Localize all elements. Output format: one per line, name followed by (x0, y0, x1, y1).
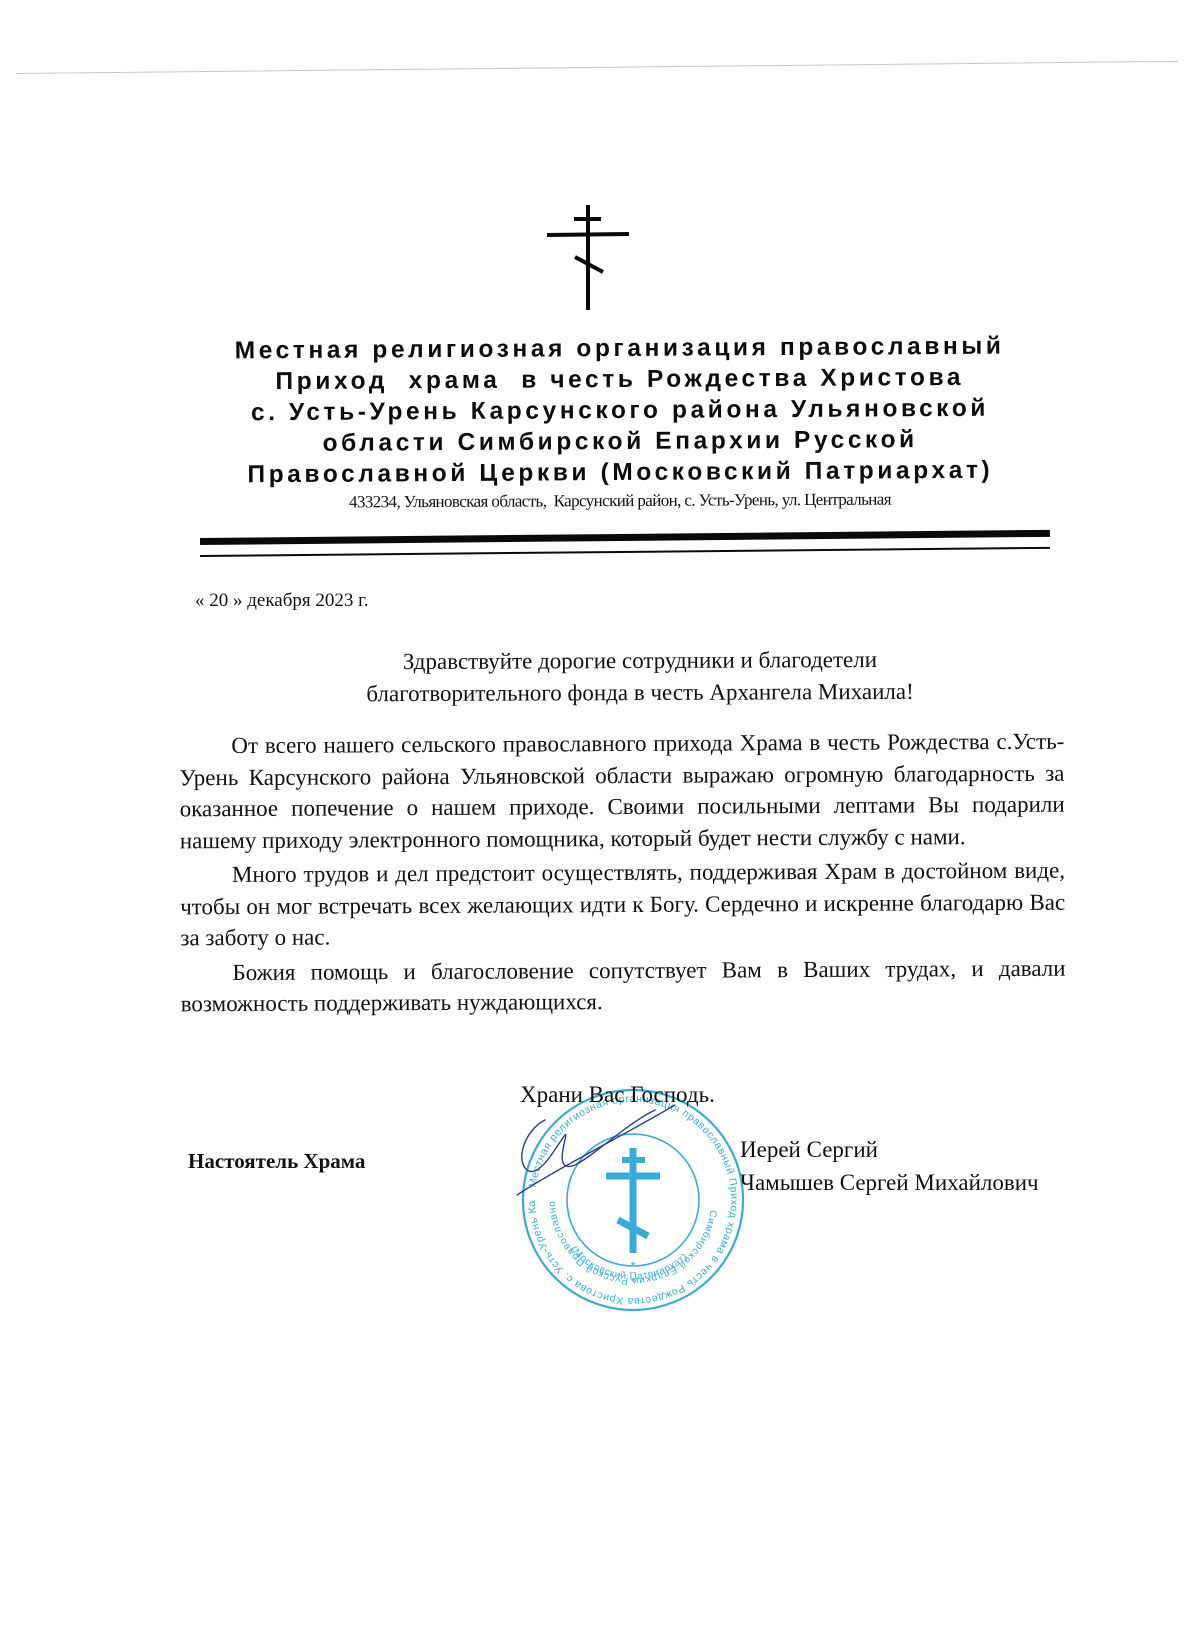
stamp-star: * (631, 1259, 636, 1273)
orthodox-cross-icon (543, 205, 633, 310)
greeting-line: благотворительного фонда в честь Арханге… (250, 675, 1030, 710)
stamp-star: * (631, 1275, 636, 1289)
header-line: с. Усть-Урень Карсунского района Ульянов… (140, 392, 1100, 429)
body-paragraph: От всего нашего сельского православного … (179, 726, 1065, 857)
body-paragraph: Божия помощь и благословение сопутствует… (180, 952, 1065, 1020)
letter-body: От всего нашего сельского православного … (179, 726, 1066, 1020)
signatory-name: Иерей Сергий Чамышев Сергей Михайлович (740, 1133, 1039, 1199)
letter-greeting: Здравствуйте дорогие сотрудники и благод… (250, 643, 1030, 710)
signatory-title: Настоятель Храма (188, 1149, 365, 1174)
handwritten-signature (505, 1100, 705, 1210)
closing-blessing: Храни Вас Господь. (520, 1082, 715, 1108)
header-divider-thick (200, 530, 1050, 545)
signatory-rank: Иерей Сергий (740, 1133, 1039, 1166)
scan-edge-line (16, 61, 1178, 74)
body-paragraph: Много трудов и дел предстоит осуществлят… (180, 855, 1065, 954)
letter-date: « 20 » декабря 2023 г. (195, 590, 369, 612)
organization-header: Местная религиозная организация правосла… (140, 330, 1101, 491)
header-divider-thin (200, 547, 1050, 557)
header-line: Православной Церкви (Московский Патриарх… (140, 454, 1100, 491)
greeting-line: Здравствуйте дорогие сотрудники и благод… (250, 643, 1030, 678)
organization-address: 433234, Ульяновская область, Карсунский … (150, 489, 1090, 514)
signatory-full-name: Чамышев Сергей Михайлович (740, 1166, 1039, 1199)
